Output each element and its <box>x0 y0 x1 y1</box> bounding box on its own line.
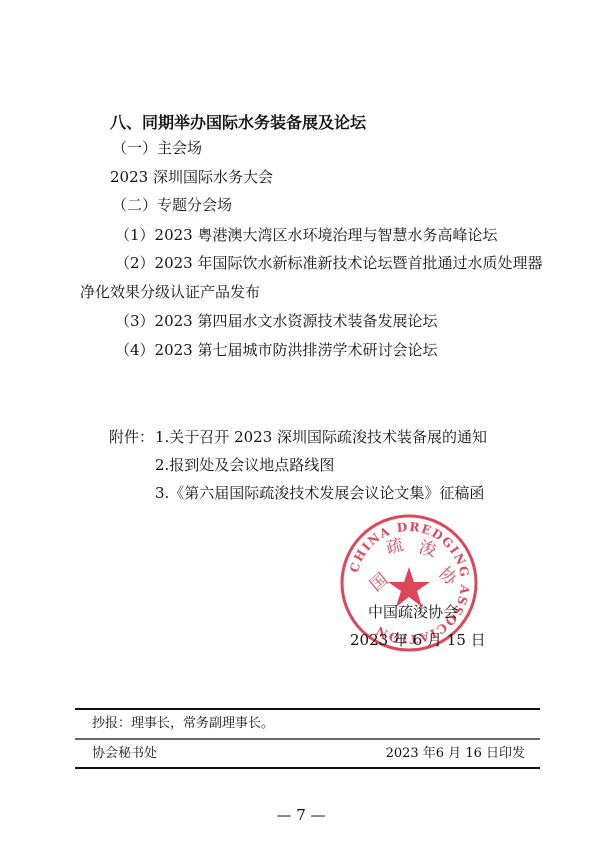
forum-item-1: （1）2023 粤港澳大湾区水环境治理与智慧水务高峰论坛 <box>115 226 498 244</box>
forum-item-2-cont: 净化效果分级认证产品发布 <box>80 283 260 301</box>
forum-item-3: （3）2023 第四届水文水资源技术装备发展论坛 <box>115 312 438 330</box>
footer-rule-top <box>75 708 540 710</box>
page-number: — 7 — <box>0 806 602 824</box>
attachment-item-2: 2.报到处及会议地点路线图 <box>155 456 334 474</box>
attachment-item-1: 1.关于召开 2023 深圳国际疏浚技术装备展的通知 <box>155 428 487 446</box>
main-venue: 2023 深圳国际水务大会 <box>110 168 273 186</box>
signature-org: 中国疏浚协会 <box>368 603 458 621</box>
svg-text:浚: 浚 <box>417 538 439 562</box>
signature-date: 2023 年 6 月 15 日 <box>350 631 486 649</box>
section-heading: 八、同期举办国际水务装备展及论坛 <box>110 114 366 132</box>
attachment-item-3: 3.《第六届国际疏浚技术发展会议论文集》征稿函 <box>155 484 484 502</box>
issuer: 协会秘书处 <box>92 746 157 762</box>
issue-date: 2023 年6 月 16 日印发 <box>386 746 525 762</box>
footer-rule-middle <box>75 738 540 740</box>
footer-rule-bottom <box>75 767 540 769</box>
cc-recipients: 抄报：理事长，常务副理事长。 <box>92 716 274 732</box>
forum-item-4: （4）2023 第七届城市防洪排涝学术研讨会论坛 <box>115 341 438 359</box>
sub-venue-label: （二）专题分会场 <box>112 196 232 214</box>
main-venue-label: （一）主会场 <box>112 139 202 157</box>
svg-text:疏: 疏 <box>384 535 406 559</box>
svg-text:国: 国 <box>366 570 392 596</box>
forum-item-2: （2）2023 年国际饮水新标准新技术论坛暨首批通过水质处理器 <box>115 254 543 272</box>
attachments-label: 附件： <box>109 428 154 446</box>
